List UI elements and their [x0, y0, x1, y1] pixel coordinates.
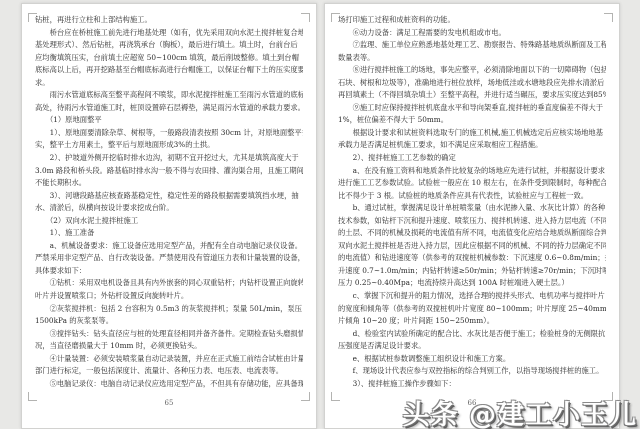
text-line: 实，整平土方用素土，整平后与原地面形成3%的土拱。: [35, 139, 303, 152]
text-line: c、掌握下沉和提升的阻力情况，选择合理的搅拌头形式、电机功率与搅拌叶片: [338, 290, 606, 303]
text-line: 根据设计要求和试桩资料选取专门的施工机械,施工机械选定后应核实场地地基: [338, 127, 606, 140]
text-line: 1500kPa 的灰浆泵等。: [35, 315, 303, 328]
text-line: 水、清淤后，纵横向按设计要求挖成台阶。: [35, 202, 303, 215]
text-line: ⑦监理、施工单位应熟悉地基处理工艺、勘察报告、特殊路基地质纵断面及工程: [338, 39, 606, 52]
text-line: 1）、原地面要清除杂草、树根等，一般路段清表按照 30cm 计，对原地面整平夯: [35, 127, 303, 140]
text-line: ⑨施工时应保持搅拌桩机底盘水平和导向架垂直,搅拌桩的垂直度偏差不得大于: [338, 102, 606, 115]
text-line: 3.0m 路段和桥头段。路基临时排水沟一般不得与农田排、灌沟渠合用，且施工期间: [35, 165, 303, 178]
text-line: ②灰浆搅拌机：包括 2 台容积为 0.5m3 的灰浆搅拌机；泵量 50L/min…: [35, 303, 303, 316]
text-line: 场打印施工过程和成桩资料的功能。: [338, 14, 606, 27]
text-line: 高处，待雨污水管道施工时，桩顶设置碎石层褥垫，满足雨污水管道的承载力要求。: [35, 102, 303, 115]
text-line: 1%，桩位偏差不得大于 50mm。: [338, 114, 606, 127]
text-line: 升速度 0.7~1.0m/min；内钻杆转速≥50r/min；外钻杆转速≥70r…: [338, 265, 606, 278]
text-line: 桥台应在桥桩施工前先进行地基处理（如有，优先采用双向水泥土搅拌桩复合地: [35, 27, 303, 40]
text-line: 石块、树根和垃圾等），准确地进行桩位放样，场地低洼或水塘地段应先排水清淤后: [338, 77, 606, 90]
text-line: 严禁采用非定型产品、自行改装设备。严禁使用没有管道压力表和计量装置的设备，: [35, 252, 303, 265]
text-line: ③搅拌钻头：钻头直径应与桩的处理直径相同并备齐备件。定期检查钻头磨损情: [35, 328, 303, 341]
text-line: ⑧进行搅拌桩施工的场地，事先应整平，必须清除地面以下的一切障碍物（包括: [338, 64, 606, 77]
text-lines: 场打印施工过程和成桩资料的功能。 ⑥动力设备：满足工程需要的发电机组或市电。 ⑦…: [338, 14, 606, 390]
text-line: f、现场设计代表应参与双控指标的综合判别工作，以指导现场搅拌桩的施工。: [338, 365, 606, 378]
page-number: 65: [22, 399, 316, 407]
text-line: 承载力是否满足桩机施工要求，如不满足应采取相应工程措施。: [338, 139, 606, 152]
text-line: 的电流值）和钻进速度等（供参考的双搅桩机械参数：下沉速度 0.6~0.8m/mi…: [338, 252, 606, 265]
text-lines: 钻桩，再进行立柱和上部结构施工。 桥台应在桥桩施工前先进行地基处理（如有，优先采…: [35, 14, 303, 390]
document-page-right: 场打印施工过程和成桩资料的功能。 ⑥动力设备：满足工程需要的发电机组或市电。 ⑦…: [324, 3, 620, 429]
text-line: 雨污水管道底标高至整平高程间不喷浆，即水泥搅拌桩施工至雨污水管道的底标: [35, 89, 303, 102]
text-line: 部门进行标定，一般包括深度计、流量计、各种压力表、电压表、电流表等。: [35, 365, 303, 378]
text-line: 再回填素土（不得回填杂填土）至整平高程，并进行适当碾压，要求压实度达到85%。: [338, 89, 606, 102]
text-line: （2）双向水泥土搅拌桩施工: [35, 215, 303, 228]
text-line: 2）、搅拌桩施工工艺参数的确定: [338, 152, 606, 165]
text-line: 片倾角 10~20 度；叶片间距 150~250mm）。: [338, 315, 606, 328]
text-line: 技术参数，如钻杆下沉和提升速度、喷浆压力、搅拌机转速、进入持力层电流（不同: [338, 215, 606, 228]
text-line: 3）、搅拌桩施工操作步骤如下：: [338, 378, 606, 391]
text-line: 压力 0.25~0.40Mpa；电流持续升高达到 100A 时桩端进入硬土层。）: [338, 277, 606, 290]
text-line: d、检验室内试验所确定的配合比、水灰比是否便于施工；检验桩身的无侧限抗: [338, 328, 606, 341]
text-line: 2）、护坡道外侧开挖临时排水边沟，初期不宜开挖过大，尤其是填筑高度大于: [35, 152, 303, 165]
text-line: ①钻机：采用双电机设备且具有内外嵌套的同心双重钻杆；内钻杆设置正向旋转: [35, 277, 303, 290]
toutiao-watermark: 头条 @建工小玉儿: [403, 393, 637, 429]
text-line: （1）原地面整平: [35, 114, 303, 127]
text-line: 3）、河塘段路基应核查路基稳定性，稳定性差的路段根据需要填筑挡水埂，抽: [35, 190, 303, 203]
text-line: 具体要求如下：: [35, 265, 303, 278]
text-line: e、根据试桩参数调整施工组织设计和施工方案。: [338, 353, 606, 366]
text-line: b、通过试桩，掌握满足设计单桩喷浆量（由水泥掺入量、水灰比计算）的各种: [338, 202, 606, 215]
text-line: 求。: [35, 77, 303, 90]
text-line: ⑥动力设备：满足工程需要的发电机组或市电。: [338, 27, 606, 40]
text-line: a、机械设备要求：施工设备应选用定型产品，并配有全自动电脑记录仪设备。: [35, 240, 303, 253]
text-line: 况，当直径磨损量大于 10mm 时，必须更换钻头。: [35, 340, 303, 353]
text-line: a、在没有施工资料和地质条件比较复杂的场地应先进行试桩，并根据设计要求: [338, 165, 606, 178]
text-line: 压强度是否满足设计要求。: [338, 340, 606, 353]
text-line: 不能长期积水。: [35, 177, 303, 190]
text-line: ④计量装置：必须安装喷浆量自动记录装置，并应在正式施工前结合试桩由计量: [35, 353, 303, 366]
text-line: 1）、施工准备: [35, 227, 303, 240]
text-line: 数量表等。: [338, 52, 606, 65]
text-line: 进行施工工艺参数试验。试验桩一般应在 10 根左右，在条件受到限制时，每种配合: [338, 177, 606, 190]
text-line: 底标高以上后，再开挖路基至台帽底标高进行台帽施工，以保证台帽下土的压实度要: [35, 64, 303, 77]
text-line: 的宽度和倾角等（供参考的双搅桩机叶片宽度 80~100mm；叶片厚度 25~40…: [338, 303, 606, 316]
document-page-left: 钻桩，再进行立柱和上部结构施工。 桥台应在桥桩施工前先进行地基处理（如有，优先采…: [21, 3, 317, 429]
document-viewer: 钻桩，再进行立柱和上部结构施工。 桥台应在桥桩施工前先进行地基处理（如有，优先采…: [0, 0, 640, 429]
text-line: 钻桩，再进行立柱和上部结构施工。: [35, 14, 303, 27]
text-line: 的土层、不同的机械及损耗的电流值有所不同，电流值变化应结合地质纵断面综合判定: [338, 227, 606, 240]
text-line: 基处理形式）、然后钻桩，再浇筑承台（胸板），最后进行填土。填土时，台前台后: [35, 39, 303, 52]
text-line: 双向水泥土搅拌桩是否进入持力层，因此应根据不同的机械、不同的持力层确定不同: [338, 240, 606, 253]
text-line: 叶片并设置喷浆口；外钻杆设置反向旋转叶片。: [35, 290, 303, 303]
text-line: 比不得少于 3 根。试验桩的地质条件应具有代表性，试验桩应与工程桩一致。: [338, 190, 606, 203]
text-line: 应均衡填筑压实，台前填土应超宽 50~100cm 填筑，最后削坡整修。填土到台帽: [35, 52, 303, 65]
text-line: ⑤电脑记录仪：电脑自动记录仪应选用定型产品，不但具有存储功能，应具备现: [35, 378, 303, 391]
